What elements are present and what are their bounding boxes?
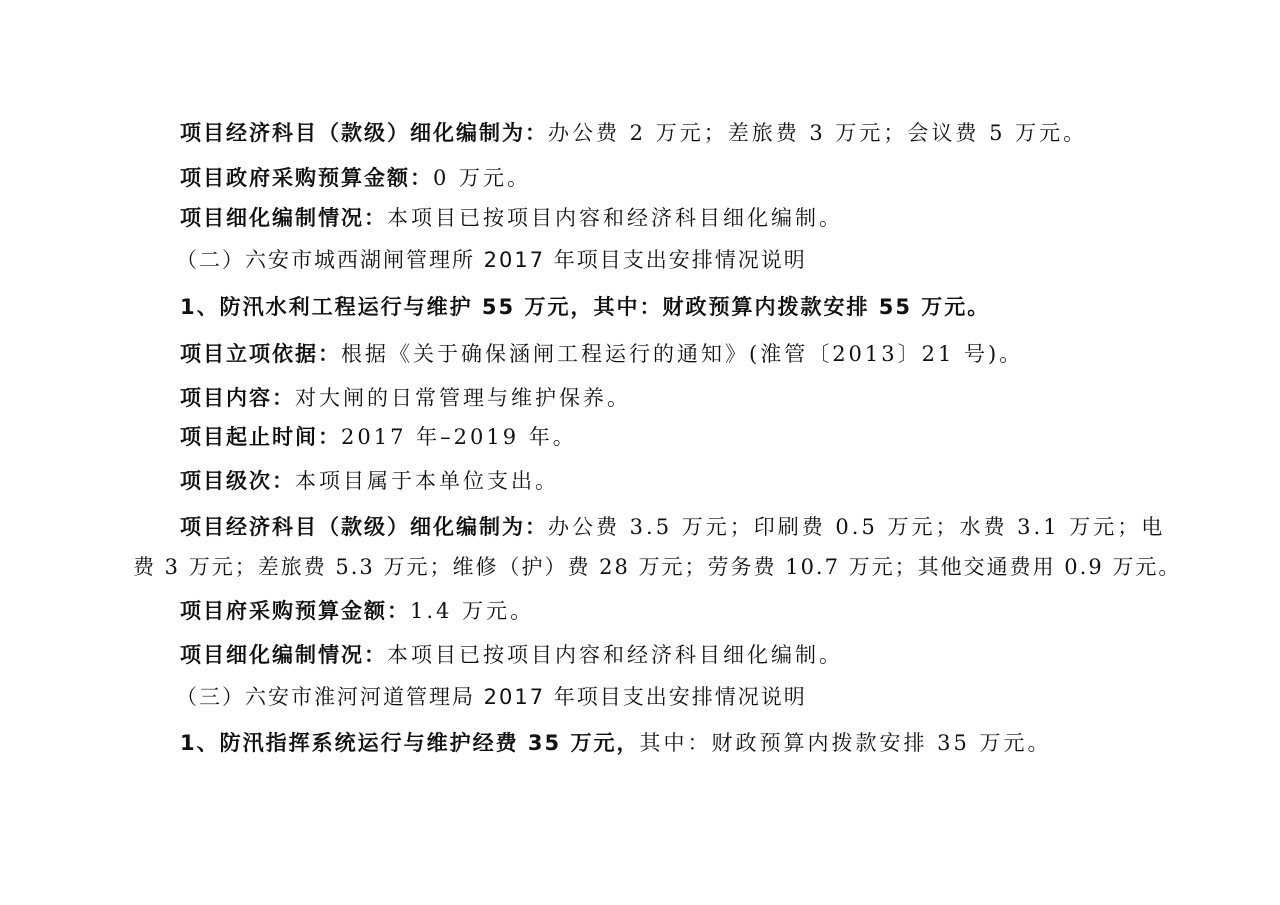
detail-status-line-2: 项目细化编制情况：本项目已按项目内容和经济科目细化编制。 [180, 641, 843, 669]
field-value: 0 万元。 [433, 166, 531, 190]
economic-breakdown-line-2a: 项目经济科目（款级）细化编制为：办公费 3.5 万元；印刷费 0.5 万元；水费… [180, 513, 1145, 541]
field-value: 本项目已按项目内容和经济科目细化编制。 [387, 206, 843, 230]
detail-status-line: 项目细化编制情况：本项目已按项目内容和经济科目细化编制。 [180, 204, 843, 232]
economic-breakdown-line: 项目经济科目（款级）细化编制为：办公费 2 万元；差旅费 3 万元；会议费 5 … [180, 119, 1087, 147]
field-label: 项目级次： [180, 469, 295, 493]
field-value: 2017 年–2019 年。 [341, 425, 577, 449]
project-level-line: 项目级次：本项目属于本单位支出。 [180, 467, 559, 495]
field-value: 办公费 3.5 万元；印刷费 0.5 万元；水费 3.1 万元；电 [548, 515, 1165, 539]
field-label: 项目细化编制情况： [180, 643, 387, 667]
field-label: 项目细化编制情况： [180, 206, 387, 230]
procurement-budget-line: 项目政府采购预算金额：0 万元。 [180, 164, 531, 192]
field-value: 1.4 万元。 [410, 599, 534, 623]
field-value-continued: 费 3 万元；差旅费 5.3 万元；维修（护）费 28 万元；劳务费 10.7 … [133, 555, 1181, 579]
project-period-line: 项目起止时间：2017 年–2019 年。 [180, 423, 577, 451]
field-label: 项目经济科目（款级）细化编制为： [180, 121, 548, 145]
project-basis-line: 项目立项依据：根据《关于确保涵闸工程运行的通知》(淮管〔2013〕21 号)。 [180, 340, 1023, 368]
field-label: 项目经济科目（款级）细化编制为： [180, 515, 548, 539]
field-value: 本项目已按项目内容和经济科目细化编制。 [387, 643, 843, 667]
section3-item-1: 1、防汛指挥系统运行与维护经费 35 万元，其中：财政预算内拨款安排 35 万元… [180, 729, 1052, 757]
field-value: 办公费 2 万元；差旅费 3 万元；会议费 5 万元。 [548, 121, 1087, 145]
section2-item-1: 1、防汛水利工程运行与维护 55 万元，其中：财政预算内拨款安排 55 万元。 [180, 293, 990, 321]
field-label: 项目政府采购预算金额： [180, 166, 433, 190]
economic-breakdown-line-2b: 费 3 万元；差旅费 5.3 万元；维修（护）费 28 万元；劳务费 10.7 … [133, 553, 1181, 581]
field-label: 项目内容： [180, 386, 295, 410]
field-label: 项目府采购预算金额： [180, 599, 410, 623]
item-funding: 其中：财政预算内拨款安排 35 万元。 [639, 731, 1051, 755]
field-label: 项目立项依据： [180, 342, 341, 366]
document-page: 项目经济科目（款级）细化编制为：办公费 2 万元；差旅费 3 万元；会议费 5 … [0, 0, 1280, 905]
item-title: 1、防汛指挥系统运行与维护经费 35 万元， [180, 731, 639, 755]
section-heading-3: （三）六安市淮河河道管理局 2017 年项目支出安排情况说明 [176, 683, 807, 711]
project-content-line: 项目内容：对大闸的日常管理与维护保养。 [180, 384, 631, 412]
procurement-budget-line-2: 项目府采购预算金额：1.4 万元。 [180, 597, 534, 625]
field-value: 根据《关于确保涵闸工程运行的通知》(淮管〔2013〕21 号)。 [341, 342, 1023, 366]
field-value: 本项目属于本单位支出。 [295, 469, 559, 493]
field-label: 项目起止时间： [180, 425, 341, 449]
section-heading-2: （二）六安市城西湖闸管理所 2017 年项目支出安排情况说明 [176, 246, 807, 274]
field-value: 对大闸的日常管理与维护保养。 [295, 386, 631, 410]
